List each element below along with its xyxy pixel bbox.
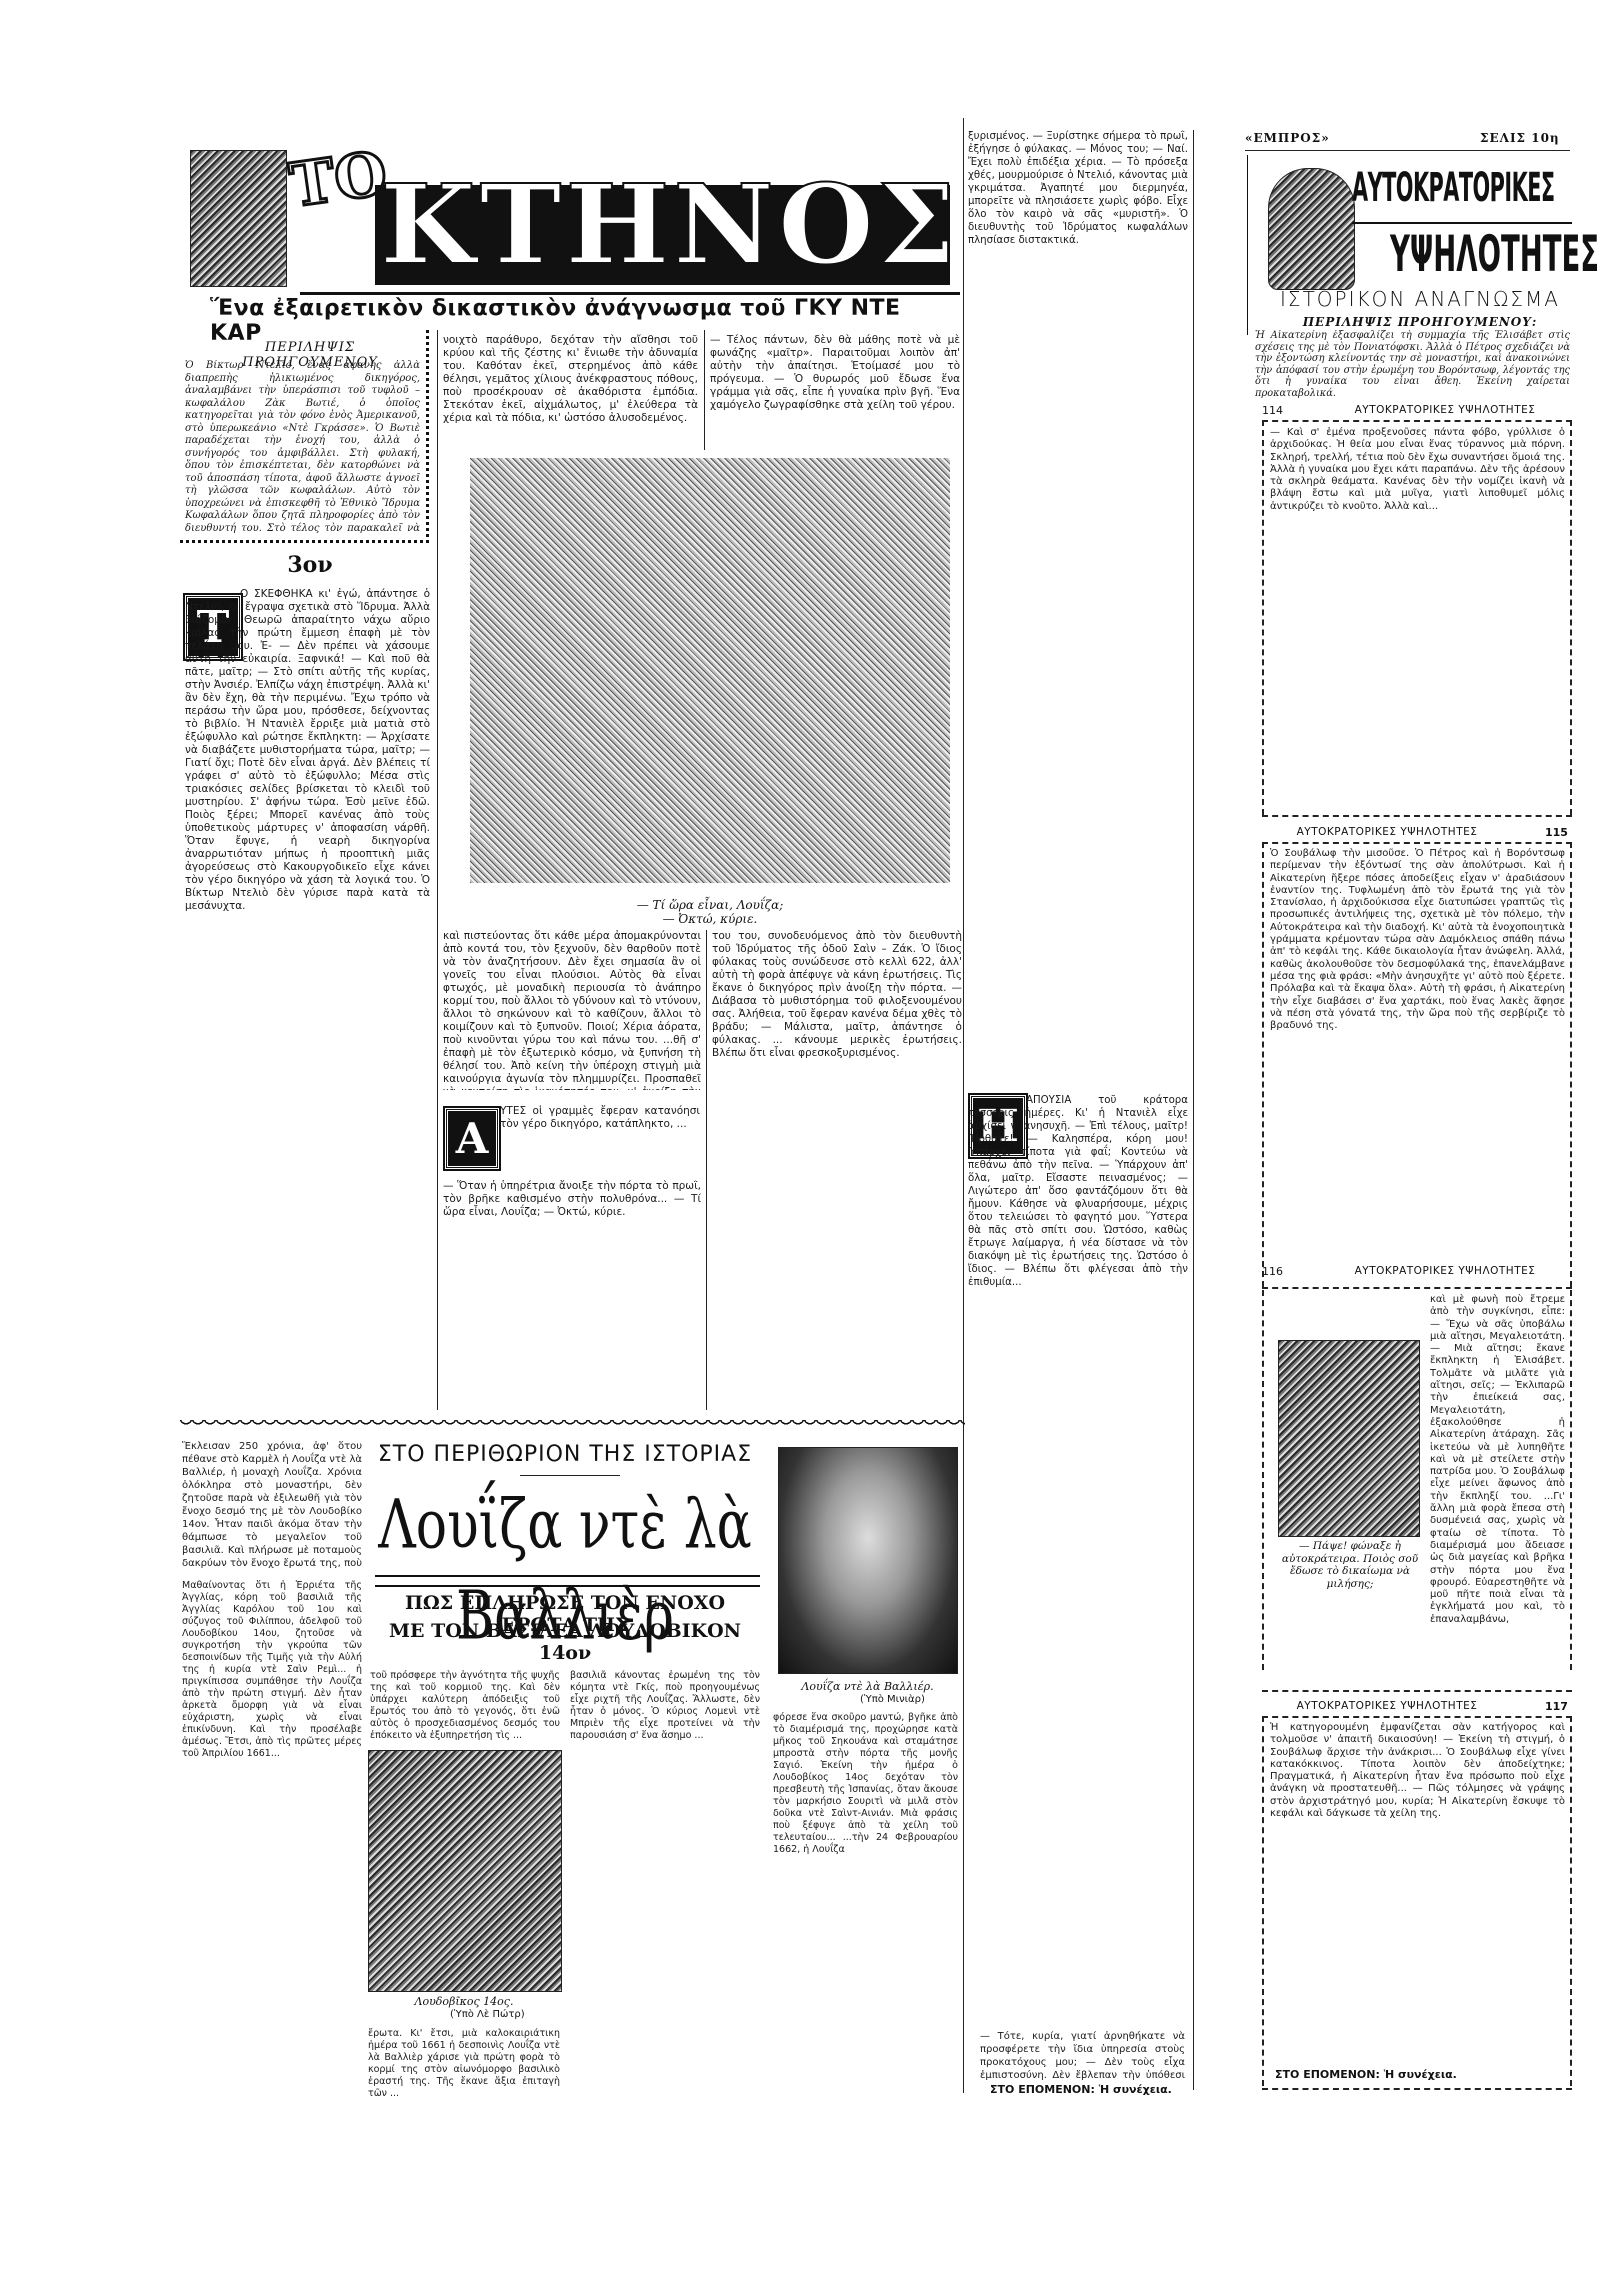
story2-intro-text: Ἔκλεισαν 250 χρόνια, ἀφ' ὅτου πέθανε στὸ…: [182, 1440, 362, 1570]
story1-col2-top-text: νοιχτὸ παράθυρο, δεχόταν τὴν αἴσθησι τοῦ…: [443, 334, 698, 454]
dashed-border: [1262, 420, 1264, 815]
dashed-border: [1262, 842, 1264, 1287]
story1-col3-top-text: — Τέλος πάντων, δὲν θὰ μάθης ποτὲ νὰ μὲ …: [710, 334, 960, 454]
story1-main-illustration: [470, 458, 950, 883]
story1-col1-text: Ο ΣΚΕΦΘΗΚΑ κι' ἐγώ, ἀπάντησε ὁ Ντελιό, κ…: [185, 588, 430, 1393]
story1-col3-bottom-text: του του, συνοδευόμενος ἀπὸ τὸν διευθυντὴ…: [712, 930, 962, 1395]
dashed-rule: [1262, 815, 1572, 817]
section-116-page-no: 116: [1262, 1265, 1283, 1278]
story2-kicker: ΣΤΟ ΠΕΡΙΘΩΡΙΟΝ ΤΗΣ ΙΣΤΟΡΙΑΣ: [370, 1442, 760, 1467]
dashed-border: [1570, 420, 1572, 815]
dashed-rule: [1262, 842, 1572, 844]
section-117-text: Ἡ κατηγορουμένη ἐμφανίζεται σὰν κατήγορο…: [1270, 1722, 1565, 2052]
story2-col4-text: φόρεσε ἕνα σκοῦρο μαντώ, βγῆκε ἀπὸ τὸ δι…: [773, 1712, 958, 2272]
story3-title-1: ΑΥΤΟΚΡΑΤΟΡΙΚΕΣ: [1352, 165, 1466, 211]
story1-continued: ΣΤΟ ΕΠΟΜΕΝΟΝ: Ἡ συνέχεια.: [990, 2083, 1172, 2096]
section-116-illustration: [1278, 1340, 1420, 1537]
louise-portrait-caption: Λουΐζα ντὲ λὰ Βαλλιέρ.: [780, 1680, 955, 1693]
column-divider: [1193, 130, 1194, 2090]
title-portrait-illustration: [190, 150, 287, 287]
story1-col2-dropcap-text: ΥΤΕΣ οἱ γραμμὲς ἔφεραν κατανόησι τὸν γέρ…: [500, 1105, 700, 1175]
louise-portrait: [778, 1447, 958, 1674]
section-114-page-no: 114: [1262, 404, 1283, 417]
section-115-page-no: 115: [1545, 826, 1568, 839]
story1-col4-dropcap-text: ΑΠΟΥΣΙΑ τοῦ κράτορα τέσσερις ἡμέρες. Κι'…: [968, 1094, 1188, 2024]
title-rule: [1352, 222, 1572, 224]
dashed-border: [1262, 1716, 1264, 2086]
header-rule: [1245, 150, 1570, 151]
dashed-rule: [1262, 2088, 1572, 2090]
story1-title-block: ΤΟ ΚΤΗΝΟΣ: [190, 130, 955, 290]
story3-summary-text: Ἡ Αἰκατερίνη ἐξασφαλίζει τὴ συμμαχία τῆς…: [1255, 330, 1570, 400]
title-decorative-rule: [375, 1575, 760, 1587]
story2-king-text: ἔρωτα. Κι' ἔτσι, μιὰ καλοκαιριάτικη ἡμέρ…: [368, 2028, 560, 2228]
dashed-rule: [1262, 1690, 1572, 1692]
story3-title-2: ΥΨΗΛΟΤΗΤΕΣ: [1390, 225, 1500, 283]
summary-text: Ὁ Βίκτωρ Ντελιό, ἕνας ἀφανὴς ἀλλὰ διαπρε…: [185, 360, 420, 535]
story3-genre: ΙΣΤΟΡΙΚΟΝ ΑΝΑΓΝΩΣΜΑ: [1270, 287, 1570, 311]
newspaper-name: «ΕΜΠΡΟΣ»: [1245, 131, 1330, 145]
section-115-text: Ὁ Σουβάλωφ τὴν μισοῦσε. Ὁ Πέτρος καὶ ἡ Β…: [1270, 848, 1565, 1283]
wavy-separator: [180, 1420, 965, 1430]
page-number-label: ΣΕΛΙΣ 10η: [1480, 131, 1560, 145]
story1-col2-bottom-text: καὶ πιστεύοντας ὅτι κάθε μέρα ἀπομακρύνο…: [443, 930, 701, 1090]
story2-col2-text: τοῦ πρόσφερε τὴν ἁγνότητα τῆς ψυχῆς της …: [370, 1670, 560, 1745]
episode-label: 3ον: [190, 552, 430, 578]
story1-col2-end-text: — Ὅταν ἡ ὑπηρέτρια ἄνοιξε τὴν πόρτα τὸ π…: [443, 1180, 701, 1395]
dashed-rule: [1262, 1287, 1572, 1289]
louis-xiv-portrait: [368, 1750, 562, 1992]
louis-xiv-credit: (Ὑπὸ Λὲ Πώτρ): [450, 2009, 525, 2020]
story1-title: ΚΤΗΝΟΣ: [380, 165, 950, 285]
story2-col1-text: Μαθαίνοντας ὅτι ἡ Ἑρριέτα τῆς Ἀγγλίας, κ…: [182, 1580, 362, 2210]
dashed-border: [1262, 1290, 1264, 1670]
section-114-running-head: ΑΥΤΟΚΡΑΤΟΡΙΚΕΣ ΥΨΗΛΟΤΗΤΕΣ: [1320, 404, 1570, 416]
story3-continued: ΣΤΟ ΕΠΟΜΕΝΟΝ: Ἡ συνέχεια.: [1275, 2068, 1457, 2081]
story2-subtitle-2: ΜΕ ΤΟΝ ΒΑΣΙΛΕΑ ΛΟΥΔΟΒΙΚΟΝ 14ον: [370, 1620, 760, 1664]
story1-col4-end-text: — Τότε, κυρία, γιατί ἀρνηθήκατε νὰ προσφ…: [980, 2030, 1185, 2080]
section-114-text: — Καὶ σ' ἐμένα προξενοῦσες πάντα φόβο, γ…: [1270, 427, 1565, 812]
dashed-border: [1570, 1716, 1572, 2086]
section-116-text: καὶ μὲ φωνὴ ποὺ ἔτρεμε ἀπὸ τὴν συγκίνησι…: [1430, 1294, 1565, 1664]
section-116-illustration-caption: — Πάψε! φώναξε ἡ αὐτοκράτειρα. Ποιὸς σοῦ…: [1275, 1540, 1425, 1590]
story3-summary-heading: ΠΕΡΙΛΗΨΙΣ ΠΡΟΗΓΟΥΜΕΝΟΥ:: [1270, 315, 1570, 329]
column-divider: [706, 930, 707, 1410]
section-117-page-no: 117: [1545, 1700, 1568, 1713]
column-divider: [437, 330, 438, 1410]
dashed-border: [1570, 1290, 1572, 1670]
column-divider: [963, 118, 964, 2093]
dashed-rule: [1262, 1716, 1572, 1718]
louise-portrait-credit: (Ὑπὸ Μινιὰρ): [860, 1694, 925, 1705]
title-underline: [300, 292, 960, 295]
column-divider: [704, 330, 705, 450]
section-115-running-head: ΑΥΤΟΚΡΑΤΟΡΙΚΕΣ ΥΨΗΛΟΤΗΤΕΣ: [1262, 826, 1512, 838]
dropcap-a: Α: [445, 1108, 499, 1169]
story1-col4-text: ξυρισμένος. — Ξυρίστηκε σήμερα τὸ πρωΐ, …: [968, 130, 1188, 1090]
section-116-running-head: ΑΥΤΟΚΡΑΤΟΡΙΚΕΣ ΥΨΗΛΟΤΗΤΕΣ: [1320, 1265, 1570, 1277]
story2-col3-text: βασιλιᾶ κάνοντας ἐρωμένη της τὸν κόμητα …: [570, 1670, 760, 2230]
louis-xiv-caption: Λουδοβῖκος 14ος.: [368, 1995, 560, 2008]
section-117-running-head: ΑΥΤΟΚΡΑΤΟΡΙΚΕΣ ΥΨΗΛΟΤΗΤΕΣ: [1262, 1700, 1512, 1712]
illustration-caption-1: — Τί ὥρα εἶναι, Λουΐζα;: [470, 898, 950, 912]
dashed-border: [1570, 842, 1572, 1287]
story3-woman-illustration: [1268, 168, 1355, 290]
illustration-caption-2: — Ὀκτώ, κύριε.: [470, 912, 950, 926]
kicker-rule: [520, 1475, 620, 1476]
dashed-rule: [1262, 420, 1572, 422]
